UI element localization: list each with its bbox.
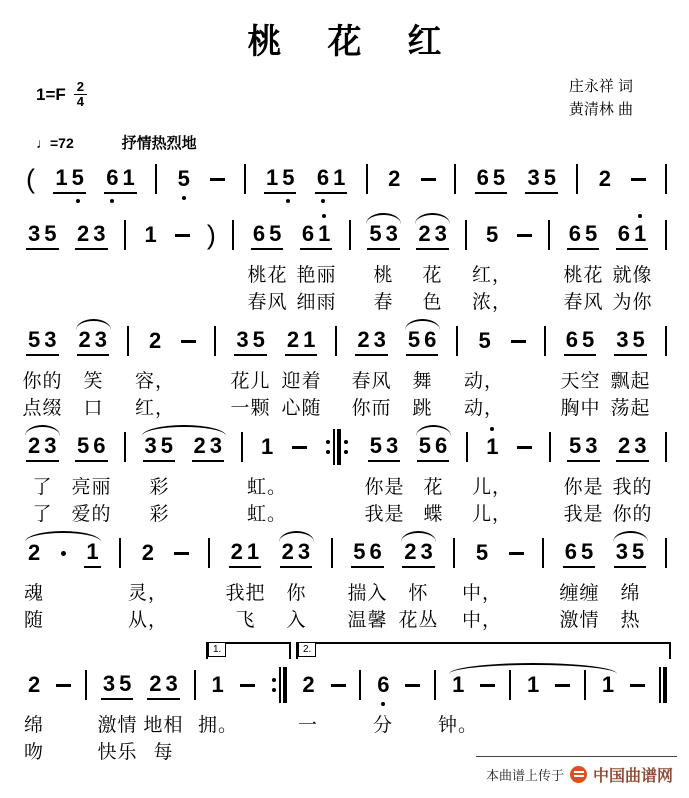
barline [124,432,126,462]
lyric-syllable: 入 [286,605,306,632]
note-group: 1 [143,222,159,248]
dash-note [421,178,436,181]
lyric-syllable: 灵， [128,578,168,605]
note-digit: 5 [368,433,384,459]
notes-row: (156151561265352 [26,156,667,202]
note-digit: 6 [422,327,438,353]
final-barline [659,667,667,703]
dash-note [631,178,646,181]
notes-row: 2122123562356535 [26,530,667,576]
note-digit: 3 [93,327,109,353]
note-digit: 1 [450,672,466,698]
note-digit: 5 [567,433,583,459]
note-group: 2 [26,672,42,698]
lyric-syllable: 桃 [373,260,393,287]
lyric-syllable: 分 [373,710,393,737]
dash-note [480,684,495,687]
note-group: 2 [140,540,156,566]
note-digit: 1 [264,165,280,191]
note-group: 35 [101,671,134,700]
lyric-syllable: 你的 [22,366,62,393]
note-digit: 6 [375,672,391,698]
lyric-syllable: 绵 [620,578,640,605]
note-digit: 5 [42,221,58,247]
barline [548,220,550,250]
note-group: 56 [417,433,450,462]
note-group: 1 [525,672,541,698]
lyrics-line-2: 随从，飞入温馨花丛中，激情热 [26,603,667,630]
note-group: 1 [484,434,500,460]
volta-label: 1. [208,642,226,657]
lyric-syllable: 艳丽 [296,260,336,287]
note-digit: 2 [140,540,156,566]
lyric-syllable: 我是 [563,499,603,526]
notation-area: (15615156126535235231)6561532356561桃花艳丽桃… [0,156,689,768]
lyric-syllable: 花儿 [230,366,270,393]
barline [241,432,243,462]
low-octave-dot [110,199,114,203]
repeat-dots [344,437,348,457]
note-digit: 2 [75,221,91,247]
slur-arc [25,531,101,542]
note-digit: 3 [234,327,250,353]
dash-note [630,684,645,687]
note-digit: 1 [53,165,69,191]
lyric-syllable: 飞 [235,605,255,632]
slur-arc [76,319,111,330]
lyric-syllable: 你而 [351,393,391,420]
note-group: 53 [26,327,59,356]
note-digit: 5 [580,327,596,353]
lyric-syllable: 动， [464,366,504,393]
note-digit: 5 [117,671,133,697]
music-system: 532323521235656535你的笑容，花儿迎着春风舞动，天空飘起点缀口红… [0,318,689,418]
note-group: 23 [26,433,59,462]
thin-bar [659,667,661,703]
note-group: 1 [210,672,226,698]
lyric-syllable: 为你 [612,287,652,314]
dash-note [509,552,524,555]
tempo-row: ♩=72 抒情热烈地 [36,132,197,153]
note-group: 65 [564,327,597,356]
note-digit: 5 [75,433,91,459]
lyric-syllable: 激情 [559,605,599,632]
barline [194,670,196,700]
slur-arc [613,531,648,542]
song-title: 桃花红 [0,14,689,63]
note-digit: 2 [597,166,613,192]
lyric-syllable: 你 [286,578,306,605]
time-signature: 2 4 [74,80,87,110]
notes-row: 35231)6561532356561 [26,212,667,258]
barline [434,670,436,700]
lyric-syllable: 春风 [563,287,603,314]
dash-note [555,684,570,687]
slur-arc [416,425,451,436]
expression-marking: 抒情热烈地 [122,135,197,152]
note-group: 2 [147,328,163,354]
note-digit: 5 [583,221,599,247]
lyric-syllable: 缠缠 [559,578,599,605]
note-group: 65 [563,539,596,568]
lyric-syllable: 儿， [472,499,512,526]
barline [665,432,667,462]
note-digit: 5 [491,165,507,191]
high-octave-dot [638,214,642,218]
note-digit: 2 [77,327,93,353]
lyric-syllable: 桃花 [247,260,287,287]
site-logo-icon [570,766,587,783]
barline [465,220,467,250]
high-octave-dot [322,214,326,218]
lyric-syllable: 温馨 [347,605,387,632]
barline [509,670,511,700]
thick-bar [283,667,287,703]
lyric-syllable: 绵 [24,710,44,737]
lyric-syllable: 随 [24,605,44,632]
lyric-syllable: 色 [422,287,442,314]
note-group: 23 [280,539,313,568]
note-digit: 5 [417,433,433,459]
note-group: 5 [484,222,500,248]
lyric-syllable: 虹。 [247,472,287,499]
slur-arc [405,319,440,330]
note-digit: 2 [402,539,418,565]
note-digit: 3 [525,165,541,191]
barline [335,326,337,356]
barline [665,538,667,568]
low-octave-dot [182,196,186,200]
key-signature: 1=F 2 4 [36,80,87,110]
lyric-syllable: 虹。 [247,499,287,526]
note-group: 53 [368,433,401,462]
note-group: 56 [351,539,384,568]
lyrics-line-2: 了爱的彩虹。我是蝶儿，我是你的 [26,497,667,524]
note-digit: 1 [632,221,648,247]
note-digit: 2 [355,327,371,353]
lyric-syllable: 中， [462,578,502,605]
time-signature-denominator: 4 [74,94,87,109]
note-group: 21 [285,327,318,356]
note-group: 23 [416,221,449,250]
note-digit: 2 [26,540,42,566]
note-digit: 5 [406,327,422,353]
note-group: 5 [474,540,490,566]
lyric-syllable: 蝶 [423,499,443,526]
note-digit: 6 [91,433,107,459]
dash-note [240,684,255,687]
slur-arc [142,425,226,436]
barline [542,538,544,568]
lyric-syllable: 浓， [472,287,512,314]
barline [454,164,456,194]
lyricist-credit: 庄永祥 词 [569,76,633,99]
note-digit: 1 [316,221,332,247]
thick-bar [663,667,667,703]
note-digit: 1 [301,327,317,353]
note-digit: 2 [26,672,42,698]
note-digit: 5 [367,221,383,247]
barline [549,432,551,462]
slur-arc [415,213,450,224]
volta-bracket: 2. [296,642,671,659]
open-paren: ( [26,166,35,193]
note-digit: 6 [104,165,120,191]
note-digit: 1 [245,539,261,565]
lyric-syllable: 一颗 [230,393,270,420]
note-digit: 5 [176,166,192,192]
note-digit: 6 [300,221,316,247]
barline [665,220,667,250]
lyric-syllable: 地相 [143,710,183,737]
note-digit: 5 [159,433,175,459]
note-digit: 5 [351,539,367,565]
repeat-dots [326,437,330,457]
barline [124,220,126,250]
note-group: 61 [616,221,649,250]
close-paren: ) [207,222,216,249]
music-system: (156151561265352 [0,156,689,202]
watermark: 本曲谱上传于 中国曲谱网 [476,756,677,786]
note-digit: 3 [384,221,400,247]
note-group: 23 [355,327,388,356]
lyric-syllable: 荡起 [610,393,650,420]
note-digit: 2 [147,671,163,697]
lyric-syllable: 红， [472,260,512,287]
barline [456,326,458,356]
barline [466,432,468,462]
note-digit: 2 [229,539,245,565]
notes-row: 235635231535615323 [26,424,667,470]
note-digit: 3 [372,327,388,353]
lyric-syllable: 你是 [563,472,603,499]
lyrics-line-2: 春风细雨春色浓，春风为你 [26,285,667,312]
note-digit: 2 [416,221,432,247]
lyric-syllable: 了 [32,499,52,526]
dash-note [511,340,526,343]
music-system: 235635231535615323了亮丽彩虹。你是花儿，你是我的了爱的彩虹。我… [0,424,689,524]
note-digit: 5 [70,165,86,191]
barline [349,220,351,250]
note-digit: 3 [419,539,435,565]
note-group: 61 [104,165,137,194]
note-digit: 3 [632,433,648,459]
note-digit: 3 [42,433,58,459]
note-group: 2 [386,166,402,192]
note-digit: 3 [583,433,599,459]
lyric-syllable: 彩 [149,472,169,499]
lyric-syllable: 点缀 [22,393,62,420]
lyric-syllable: 桃花 [563,260,603,287]
note-group: 23 [616,433,649,462]
thick-bar [337,429,341,465]
lyric-syllable: 每 [153,737,173,764]
low-octave-dot [381,702,385,706]
note-digit: 1 [484,434,500,460]
barline [665,164,667,194]
barline [584,670,586,700]
note-digit: 1 [210,672,226,698]
note-digit: 3 [42,327,58,353]
barline [85,670,87,700]
lyric-syllable: 钟。 [438,710,478,737]
note-group: 1 [259,434,275,460]
note-digit: 5 [631,327,647,353]
note-group: 35 [143,433,176,462]
lyric-syllable: 春风 [247,287,287,314]
note-group: 6 [375,672,391,698]
lyric-syllable: 红， [135,393,175,420]
volta-label: 2. [298,642,316,657]
note-group: 15 [264,165,297,194]
lyric-syllable: 就像 [612,260,652,287]
note-digit: 5 [579,539,595,565]
lyric-syllable: 胸中 [560,393,600,420]
note-digit: 3 [208,433,224,459]
lyrics-line-1: 了亮丽彩虹。你是花儿，你是我的 [26,470,667,497]
note-digit: 3 [296,539,312,565]
dash-note [517,446,532,449]
note-digit: 3 [101,671,117,697]
lyric-syllable: 怀 [408,578,428,605]
barline [214,326,216,356]
barline [544,326,546,356]
note-digit: 3 [91,221,107,247]
note-digit: 1 [600,672,616,698]
lyric-syllable: 我的 [612,472,652,499]
note-group: 1 [450,672,466,698]
dash-note [331,684,346,687]
note-digit: 3 [614,539,630,565]
lyric-syllable: 花丛 [398,605,438,632]
lyric-syllable: 口 [83,393,103,420]
slur-arc [279,531,314,542]
lyric-syllable: 你是 [364,472,404,499]
note-digit: 1 [121,165,137,191]
note-group: 23 [192,433,225,462]
thin-bar [333,429,335,465]
lyric-syllable: 飘起 [610,366,650,393]
lyric-syllable: 一 [298,710,318,737]
lyrics-line-1: 桃花艳丽桃花红，桃花就像 [26,258,667,285]
barline [665,326,667,356]
repeat-both-barline [323,429,351,465]
repeat-end-barline [269,667,287,703]
barline [232,220,234,250]
note-digit: 2 [386,166,402,192]
note-group: 23 [402,539,435,568]
site-name: 中国曲谱网 [593,763,673,786]
slur-arc [366,213,401,224]
note-group: 56 [75,433,108,462]
note-group: 23 [147,671,180,700]
note-digit: 3 [384,433,400,459]
note-digit: 6 [567,221,583,247]
note-digit: 2 [26,433,42,459]
dash-note [292,446,307,449]
upload-text: 本曲谱上传于 [486,765,564,784]
dash-note [175,234,190,237]
lyric-syllable: 细雨 [296,287,336,314]
note-group: 35 [525,165,558,194]
note-digit: 3 [614,327,630,353]
note-digit: 6 [616,221,632,247]
lyric-syllable: 中， [462,605,502,632]
note-digit: 2 [147,328,163,354]
lyric-syllable: 儿， [472,472,512,499]
note-group: 1 [600,672,616,698]
lyric-syllable: 花 [422,260,442,287]
note-digit: 1 [525,672,541,698]
note-group: 2 [597,166,613,192]
note-group: 65 [251,221,284,250]
note-digit: 3 [26,221,42,247]
lyric-syllable: 你的 [612,499,652,526]
note-group: 23 [77,327,110,356]
lyric-syllable: 从， [128,605,168,632]
slur-arc [449,663,617,674]
note-group: 53 [567,433,600,462]
lyric-syllable: 笑 [83,366,103,393]
barline [244,164,246,194]
barline [366,164,368,194]
note-group: 35 [614,539,647,568]
lyric-syllable: 快乐 [97,737,137,764]
note-digit: 6 [367,539,383,565]
note-digit: 1 [331,165,347,191]
credits: 庄永祥 词 黄清林 曲 [569,76,633,121]
lyric-syllable: 亮丽 [71,472,111,499]
barline [576,164,578,194]
composer-credit: 黄清林 曲 [569,99,633,122]
note-digit: 5 [630,539,646,565]
note-digit: 5 [474,540,490,566]
volta-row: 1.2. [26,636,667,662]
lyric-syllable: 了 [32,472,52,499]
lyric-syllable: 容， [135,366,175,393]
note-group: 2 [26,540,42,566]
note-digit: 6 [563,539,579,565]
lyric-syllable: 迎着 [281,366,321,393]
note-group: 5 [176,166,192,192]
lyric-syllable: 激情 [97,710,137,737]
note-digit: 5 [267,221,283,247]
note-digit: 5 [542,165,558,191]
note-group: 21 [229,539,262,568]
low-octave-dot [321,199,325,203]
note-group: 23 [75,221,108,250]
note-digit: 1 [84,539,100,565]
lyric-syllable: 动， [464,393,504,420]
note-group: 2 [300,672,316,698]
time-signature-numerator: 2 [74,80,87,94]
key-value: 1=F [36,85,66,105]
lyrics-line-1: 绵激情地相拥。一分钟。 [26,708,667,735]
music-system: 1.2.23523126111绵激情地相拥。一分钟。吻快乐每 [0,636,689,762]
note-group: 53 [367,221,400,250]
barline [331,538,333,568]
lyric-syllable: 拥。 [198,710,238,737]
sheet-music-page: 桃花红 1=F 2 4 庄永祥 词 黄清林 曲 ♩=72 抒情热烈地 (1561… [0,0,689,798]
note-digit: 2 [192,433,208,459]
note-group: 15 [53,165,86,194]
lyric-syllable: 魂 [24,578,44,605]
note-digit: 2 [280,539,296,565]
tempo-marking: ♩=72 [36,135,74,151]
augmentation-dot [61,551,66,556]
notes-row: 23523126111 [26,662,667,708]
lyric-syllable: 心随 [281,393,321,420]
